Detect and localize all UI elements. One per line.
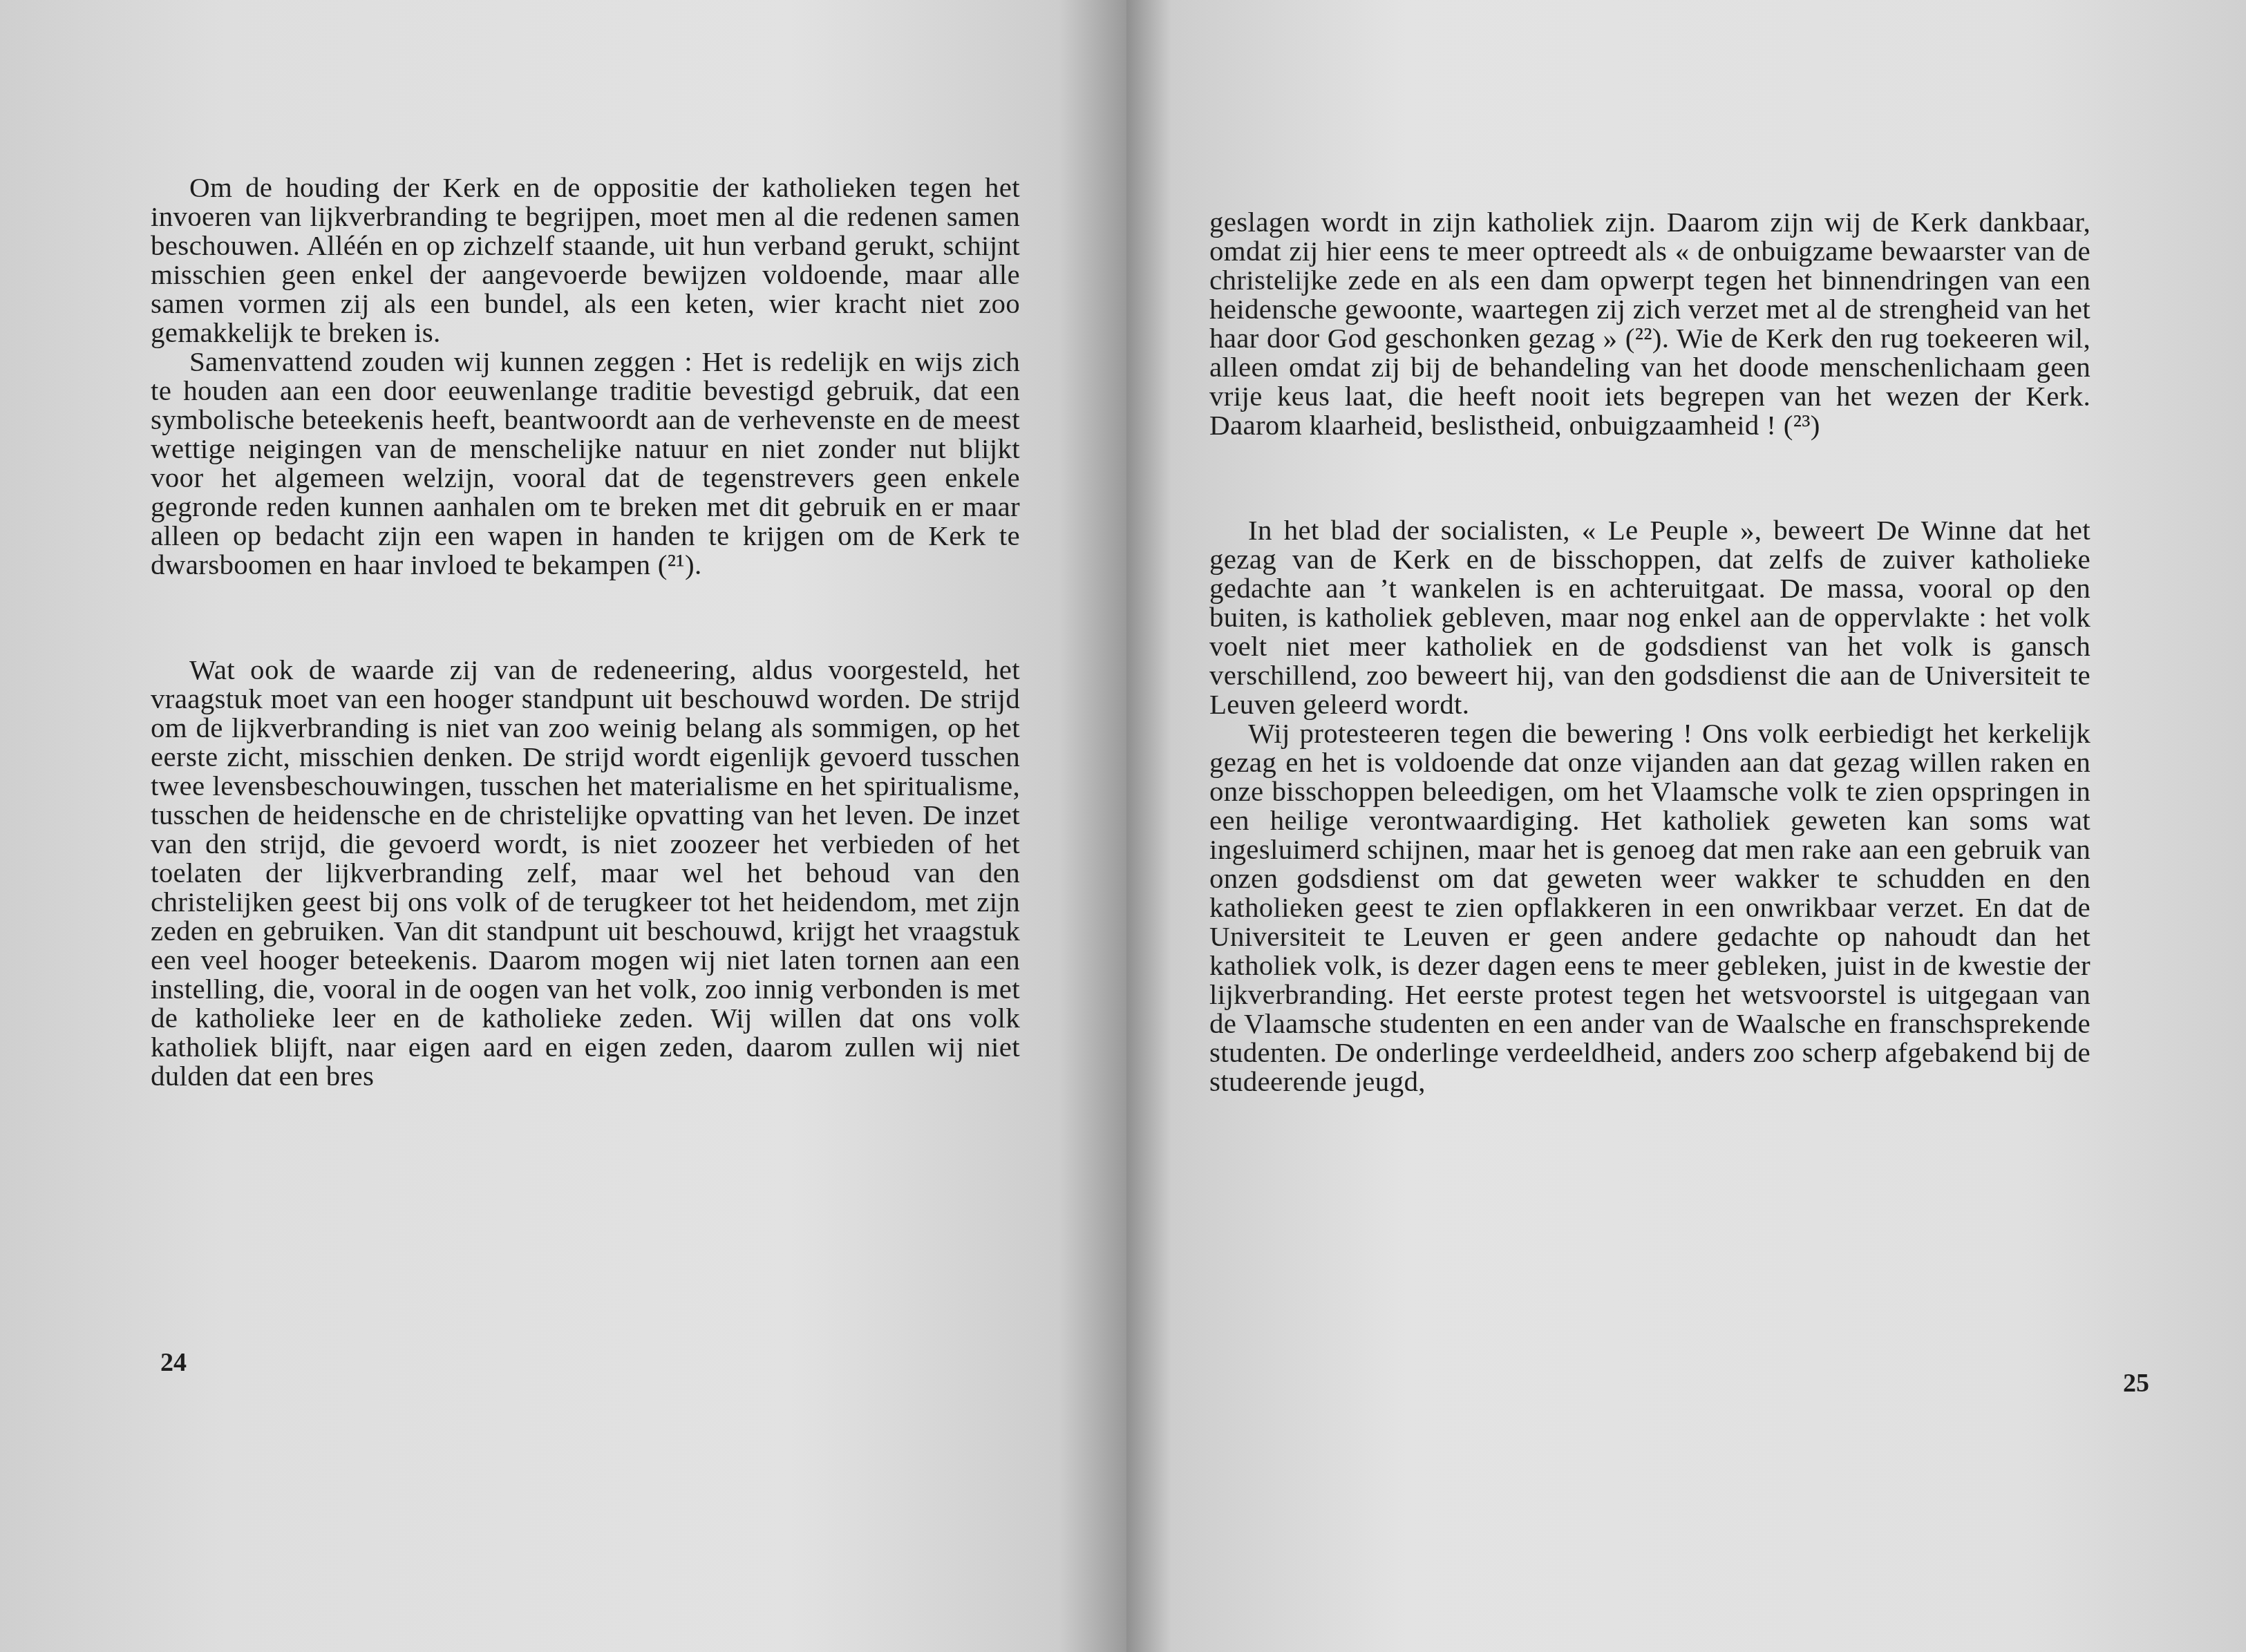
page-number: 24 — [160, 1347, 187, 1378]
book-spread: Om de houding der Kerk en de oppositie d… — [0, 0, 2246, 1652]
right-page-text: geslagen wordt in zijn katholiek zijn. D… — [1209, 207, 2091, 1096]
page-number: 25 — [2123, 1368, 2149, 1398]
paragraph: Wat ook de waarde zij van de redeneering… — [151, 655, 1020, 1090]
paragraph: geslagen wordt in zijn katholiek zijn. D… — [1209, 207, 2091, 439]
left-page-text: Om de houding der Kerk en de oppositie d… — [151, 173, 1020, 1090]
section-break — [151, 579, 1020, 655]
paragraph: Samenvattend zouden wij kunnen zeggen : … — [151, 347, 1020, 579]
right-page: geslagen wordt in zijn katholiek zijn. D… — [1126, 0, 2246, 1652]
section-break — [1209, 439, 2091, 515]
paragraph: Om de houding der Kerk en de oppositie d… — [151, 173, 1020, 347]
paragraph: In het blad der socialisten, « Le Peuple… — [1209, 515, 2091, 719]
paragraph: Wij protesteeren tegen die bewering ! On… — [1209, 719, 2091, 1096]
left-page: Om de houding der Kerk en de oppositie d… — [0, 0, 1126, 1652]
